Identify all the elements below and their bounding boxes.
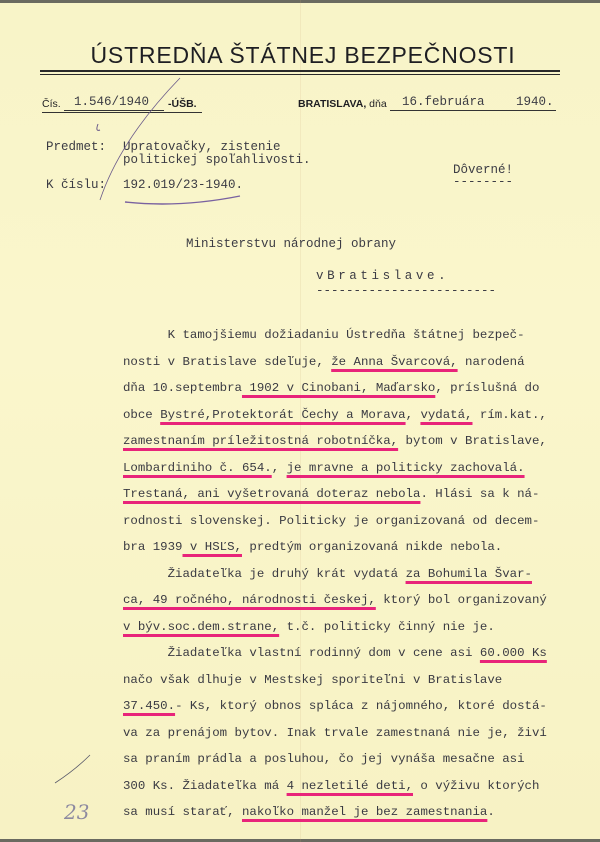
- reference-to-label: K číslu:: [46, 178, 106, 192]
- body-line: va za prenájom bytov. Inak trvale zamest…: [123, 720, 583, 747]
- body-line: Žiadateľka je druhý krát vydatá za Bohum…: [123, 561, 583, 588]
- place-date-label: BRATISLAVA, dňa: [298, 98, 387, 110]
- body-line: Trestaná, ani vyšetrovaná doteraz nebola…: [123, 481, 583, 508]
- body-line: ca, 49 ročného, národnosti českej, ktorý…: [123, 587, 583, 614]
- document-page: ÚSTREDŇA ŠTÁTNEJ BEZPEČNOSTI Čís. 1.546/…: [0, 0, 600, 842]
- letterhead-title: ÚSTREDŇA ŠTÁTNEJ BEZPEČNOSTI: [88, 42, 518, 69]
- body-text-segment: K tamojšiemu dožiadaniu Ústredňa štátnej…: [123, 328, 525, 342]
- body-line: bra 1939 v HSĽS, predtým organizovaná ni…: [123, 534, 583, 561]
- body-line: rodnosti slovenskej. Politicky je organi…: [123, 508, 583, 535]
- body-line: K tamojšiemu dožiadaniu Ústredňa štátnej…: [123, 322, 583, 349]
- body-text-segment: Žiadateľka je druhý krát vydatá: [123, 567, 406, 581]
- highlighted-text: v HSĽS,: [183, 540, 243, 554]
- highlighted-text: 4 nezletilé deti,: [287, 779, 413, 793]
- reference-suffix: -ÚŠB.: [168, 98, 197, 110]
- highlighted-text: Bystré,Protektorát Čechy a Morava: [160, 408, 405, 422]
- subject-label: Predmet:: [46, 140, 106, 154]
- body-text-segment: dňa 10.septembra: [123, 381, 242, 395]
- letterhead-rule: [40, 70, 560, 72]
- letter-date: 16.februára: [402, 95, 485, 109]
- highlighted-text: vydatá,: [420, 408, 472, 422]
- body-line: sa musí starať, nakoľko manžel je bez za…: [123, 799, 583, 826]
- letter-year: 1940.: [516, 95, 554, 109]
- highlighted-text: za Bohumila Švar-: [406, 567, 532, 581]
- recipient-name: Ministerstvu národnej obrany: [186, 237, 396, 251]
- body-line: 300 Ks. Žiadateľka má 4 nezletilé deti, …: [123, 773, 583, 800]
- body-text-segment: t.č. politicky činný nie je.: [279, 620, 495, 634]
- subject-text-line1: Upratovačky, zistenie: [123, 140, 281, 154]
- reference-line-full: [42, 112, 202, 113]
- highlighted-text: nakoľko manžel je bez zamestnania: [242, 805, 487, 819]
- body-line: Lombardiniho č. 654., je mravne a politi…: [123, 455, 583, 482]
- body-text-segment: o výživu ktorých: [413, 779, 539, 793]
- body-text-segment: . Hlási sa k ná-: [420, 487, 539, 501]
- body-line: sa praním prádla a posluhou, čo jej vyná…: [123, 746, 583, 773]
- body-text-segment: - Ks, ktorý obnos spláca z nájomného, kt…: [175, 699, 547, 713]
- body-text-segment: sa musí starať,: [123, 805, 242, 819]
- body-text-segment: , príslušná do: [435, 381, 539, 395]
- city-name: BRATISLAVA,: [298, 98, 366, 110]
- body-text-segment: obce: [123, 408, 160, 422]
- date-underline: [390, 110, 556, 111]
- confidential-underline: --------: [453, 175, 513, 189]
- body-text-segment: rím.kat.,: [473, 408, 547, 422]
- body-text-segment: sa praním prádla a posluhou, čo jej vyná…: [123, 752, 525, 766]
- reference-number: 1.546/1940: [74, 95, 149, 109]
- body-text-segment: nosti v Bratislave sdeľuje,: [123, 355, 331, 369]
- highlighted-text: 60.000 Ks: [480, 646, 547, 660]
- body-text-segment: narodená: [458, 355, 525, 369]
- body-text-segment: rodnosti slovenskej. Politicky je organi…: [123, 514, 539, 528]
- body-text-segment: 300 Ks. Žiadateľka má: [123, 779, 287, 793]
- body-line: v býv.soc.dem.strane, t.č. politicky čin…: [123, 614, 583, 641]
- reference-to-number: 192.019/23-1940.: [123, 178, 243, 192]
- highlighted-text: v býv.soc.dem.strane,: [123, 620, 279, 634]
- body-text-segment: načo však dlhuje v Mestskej sporiteľni v…: [123, 673, 502, 687]
- body-text-segment: ktorý bol organizovaný: [376, 593, 547, 607]
- subject-text-line2: politickej spoľahlivosti.: [123, 153, 311, 167]
- body-text-segment: bytom v Bratislave,: [398, 434, 547, 448]
- body-text-segment: Žiadateľka vlastní rodinný dom v cene as…: [123, 646, 480, 660]
- reference-label: Čís.: [42, 98, 61, 110]
- highlighted-text: 1902 v Cinobani, Maďarsko: [242, 381, 435, 395]
- recipient-location: vBratislave.: [316, 269, 449, 283]
- body-text-segment: ,: [272, 461, 287, 475]
- highlighted-text: zamestnaním príležitostná robotníčka,: [123, 434, 398, 448]
- highlighted-text: Lombardiniho č. 654.: [123, 461, 272, 475]
- body-line: dňa 10.septembra 1902 v Cinobani, Maďars…: [123, 375, 583, 402]
- body-text-segment: ,: [406, 408, 421, 422]
- day-label: dňa: [369, 98, 387, 110]
- highlighted-text: ca, 49 ročného, národnosti českej,: [123, 593, 376, 607]
- highlighted-text: Trestaná, ani vyšetrovaná doteraz nebola: [123, 487, 420, 501]
- body-text-segment: bra 1939: [123, 540, 183, 554]
- body-line: Žiadateľka vlastní rodinný dom v cene as…: [123, 640, 583, 667]
- letter-body: K tamojšiemu dožiadaniu Ústredňa štátnej…: [123, 322, 583, 826]
- body-text-segment: .: [487, 805, 494, 819]
- body-line: načo však dlhuje v Mestskej sporiteľni v…: [123, 667, 583, 694]
- body-text-segment: va za prenájom bytov. Inak trvale zamest…: [123, 726, 547, 740]
- body-line: 37.450.- Ks, ktorý obnos spláca z nájomn…: [123, 693, 583, 720]
- body-line: obce Bystré,Protektorát Čechy a Morava, …: [123, 402, 583, 429]
- body-text-segment: predtým organizovaná nikde nebola.: [242, 540, 502, 554]
- highlighted-text: že Anna Švarcová,: [331, 355, 457, 369]
- handwritten-page-number: 23: [64, 800, 89, 824]
- reference-underline: [64, 110, 164, 111]
- highlighted-text: 37.450.: [123, 699, 175, 713]
- body-line: nosti v Bratislave sdeľuje, že Anna Švar…: [123, 349, 583, 376]
- recipient-underline: ------------------------: [316, 284, 496, 298]
- letterhead-rule-secondary: [40, 74, 560, 75]
- highlighted-text: je mravne a politicky zachovalá.: [287, 461, 525, 475]
- body-line: zamestnaním príležitostná robotníčka, by…: [123, 428, 583, 455]
